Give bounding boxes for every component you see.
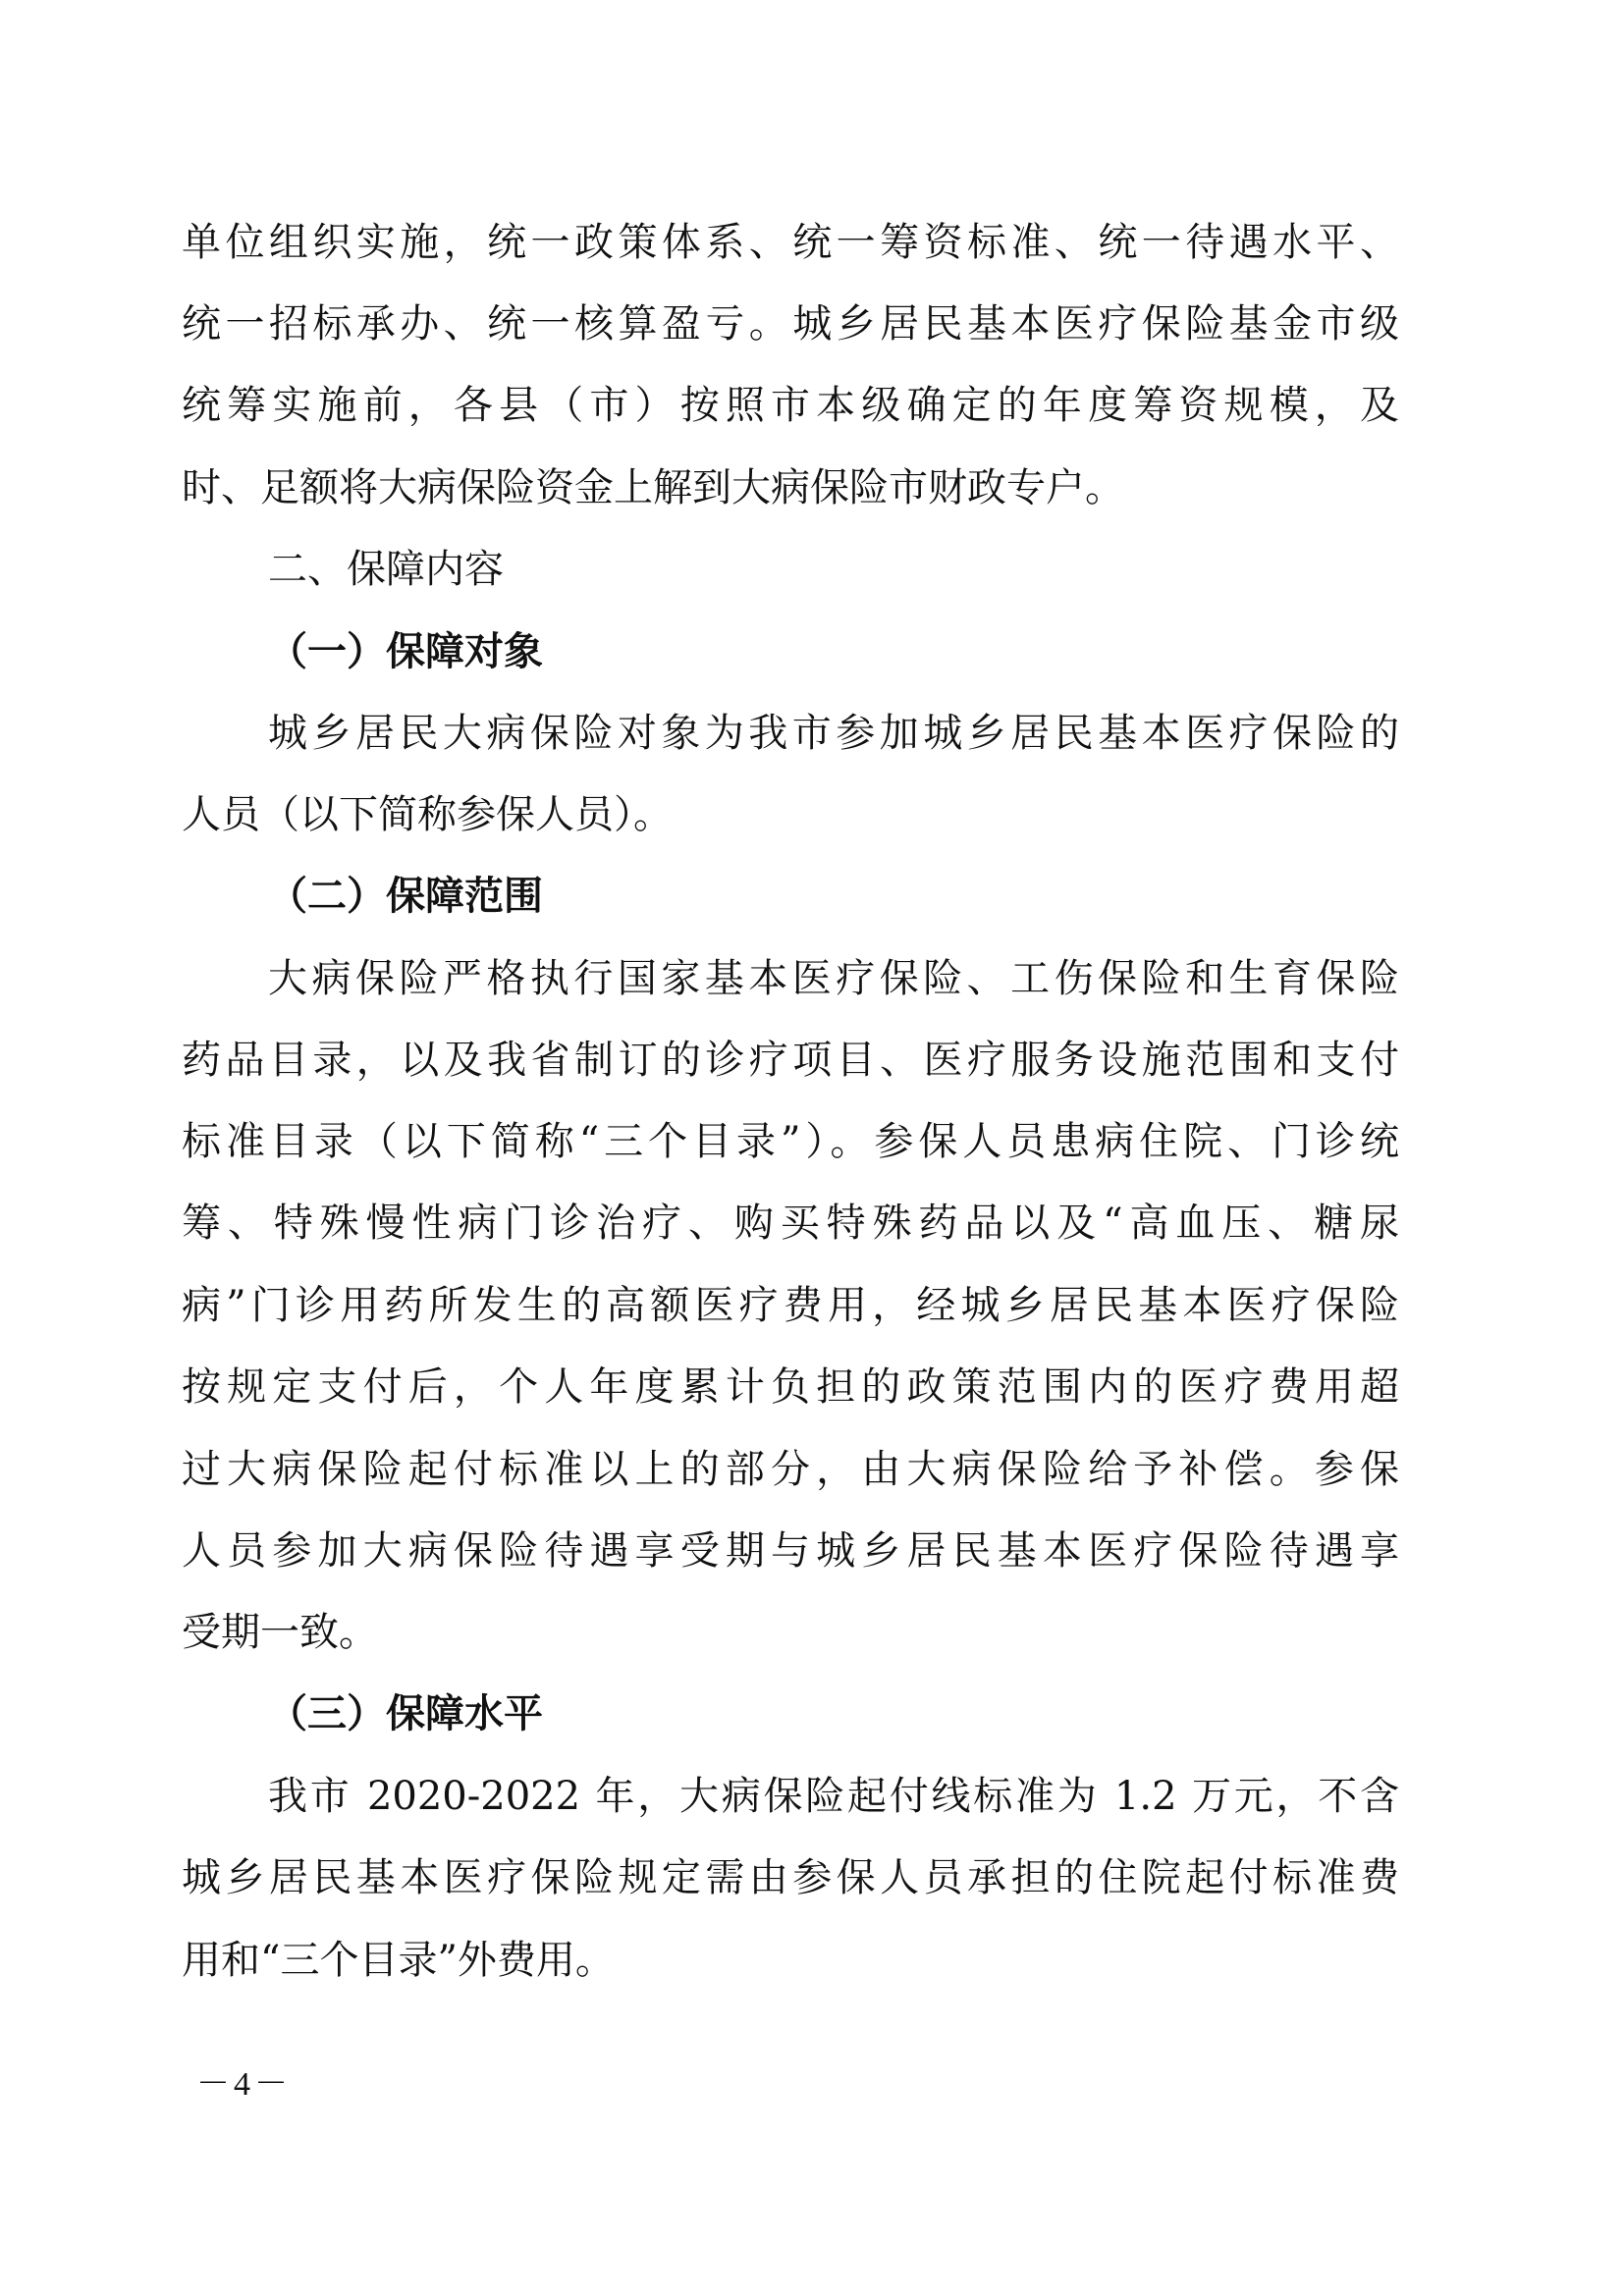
paragraph-line: 城乡居民基本医疗保险规定需由参保人员承担的住院起付标准费 — [182, 1837, 1399, 1919]
paragraph-line: 用和“三个目录”外费用。 — [182, 1919, 1399, 2002]
subsection-heading-coverage-scope: （二）保障范围 — [268, 855, 1399, 937]
page-number: －4－ — [196, 2056, 292, 2105]
paragraph-line: 时、足额将大病保险资金上解到大病保险市财政专户。 — [182, 447, 1399, 529]
paragraph-line: 人员参加大病保险待遇享受期与城乡居民基本医疗保险待遇享 — [182, 1510, 1399, 1592]
paragraph-line: 大病保险严格执行国家基本医疗保险、工伤保险和生育保险 — [268, 937, 1399, 1020]
paragraph-line: 筹、特殊慢性病门诊治疗、购买特殊药品以及“高血压、糖尿 — [182, 1182, 1399, 1264]
paragraph-line: 标准目录（以下简称“三个目录”）。参保人员患病住院、门诊统 — [182, 1100, 1399, 1183]
section-heading: 二、保障内容 — [268, 528, 1399, 611]
paragraph-line: 统筹实施前，各县（市）按照市本级确定的年度筹资规模，及 — [182, 364, 1399, 447]
paragraph-line: 人员（以下简称参保人员）。 — [182, 774, 1399, 856]
paragraph-line: 病”门诊用药所发生的高额医疗费用，经城乡居民基本医疗保险 — [182, 1264, 1399, 1347]
document-page: 单位组织实施，统一政策体系、统一筹资标准、统一待遇水平、 统一招标承办、统一核算… — [0, 0, 1623, 2296]
paragraph-line: 统一招标承办、统一核算盈亏。城乡居民基本医疗保险基金市级 — [182, 283, 1399, 365]
subsection-heading-coverage-level: （三）保障水平 — [268, 1673, 1399, 1755]
paragraph-line: 城乡居民大病保险对象为我市参加城乡居民基本医疗保险的 — [268, 692, 1399, 774]
paragraph-line: 按规定支付后，个人年度累计负担的政策范围内的医疗费用超 — [182, 1346, 1399, 1428]
paragraph-line: 过大病保险起付标准以上的部分，由大病保险给予补偿。参保 — [182, 1428, 1399, 1511]
paragraph-line: 我市 2020-2022 年，大病保险起付线标准为 1.2 万元，不含 — [268, 1755, 1399, 1838]
paragraph-line: 药品目录，以及我省制订的诊疗项目、医疗服务设施范围和支付 — [182, 1019, 1399, 1101]
paragraph-line: 受期一致。 — [182, 1591, 1399, 1674]
subsection-heading-coverage-target: （一）保障对象 — [268, 611, 1399, 693]
paragraph-line: 单位组织实施，统一政策体系、统一筹资标准、统一待遇水平、 — [182, 201, 1399, 284]
